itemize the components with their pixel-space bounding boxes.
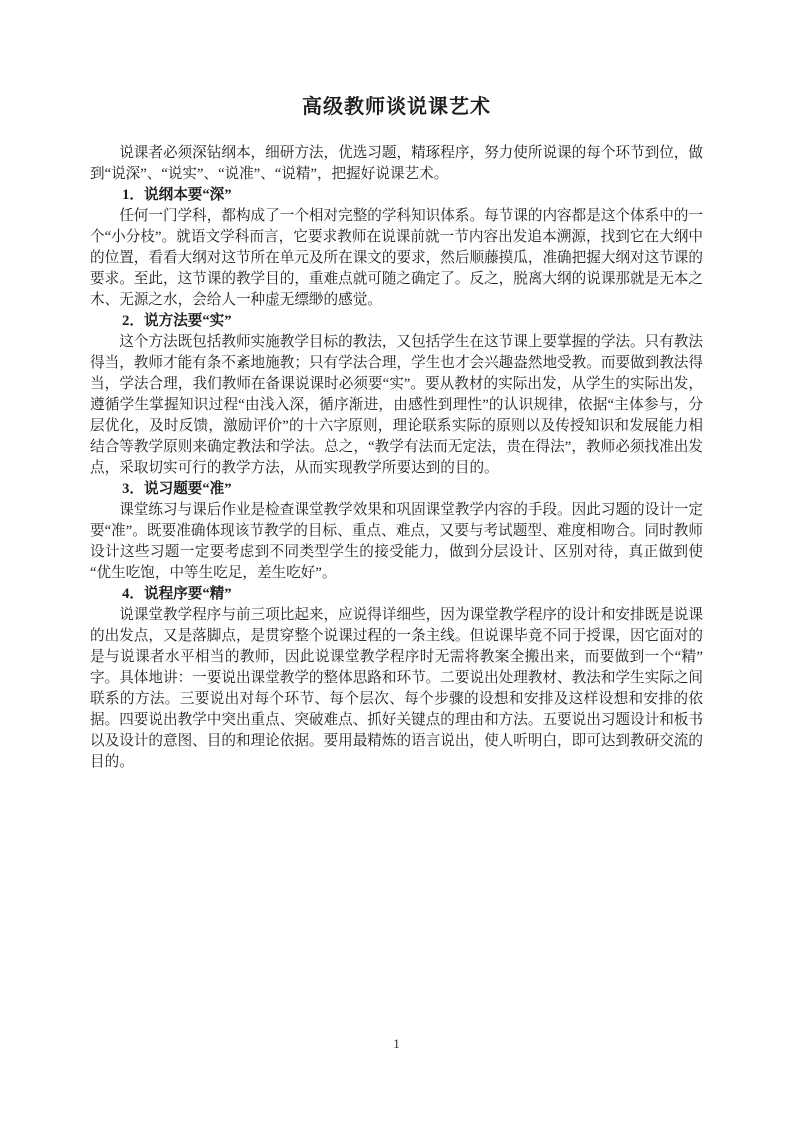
sections-container: 1．说纲本要“深”任何一门学科，都构成了一个相对完整的学科知识体系。每节课的内容…: [90, 185, 703, 773]
section-heading-4: 4．说程序要“精”: [90, 584, 703, 605]
document-title: 高级教师谈说课艺术: [90, 94, 703, 121]
page-number: 1: [0, 1036, 793, 1052]
section-paragraph-1: 任何一门学科，都构成了一个相对完整的学科知识体系。每节课的内容都是这个体系中的一…: [90, 206, 703, 311]
section-heading-2: 2．说方法要“实”: [90, 311, 703, 332]
section-paragraph-4: 说课堂教学程序与前三项比起来，应说得详细些，因为课堂教学程序的设计和安排既是说课…: [90, 605, 703, 773]
section-heading-3: 3．说习题要“准”: [90, 479, 703, 500]
document-page: 高级教师谈说课艺术 说课者必须深钻纲本，细研方法，优选习题，精琢程序，努力使所说…: [0, 0, 793, 1122]
section-heading-1: 1．说纲本要“深”: [90, 185, 703, 206]
section-paragraph-2: 这个方法既包括教师实施教学目标的教法，又包括学生在这节课上要掌握的学法。只有教法…: [90, 332, 703, 479]
section-paragraph-3: 课堂练习与课后作业是检查课堂教学效果和巩固课堂教学内容的手段。因此习题的设计一定…: [90, 500, 703, 584]
intro-paragraph: 说课者必须深钻纲本，细研方法，优选习题，精琢程序，努力使所说课的每个环节到位，做…: [90, 143, 703, 185]
